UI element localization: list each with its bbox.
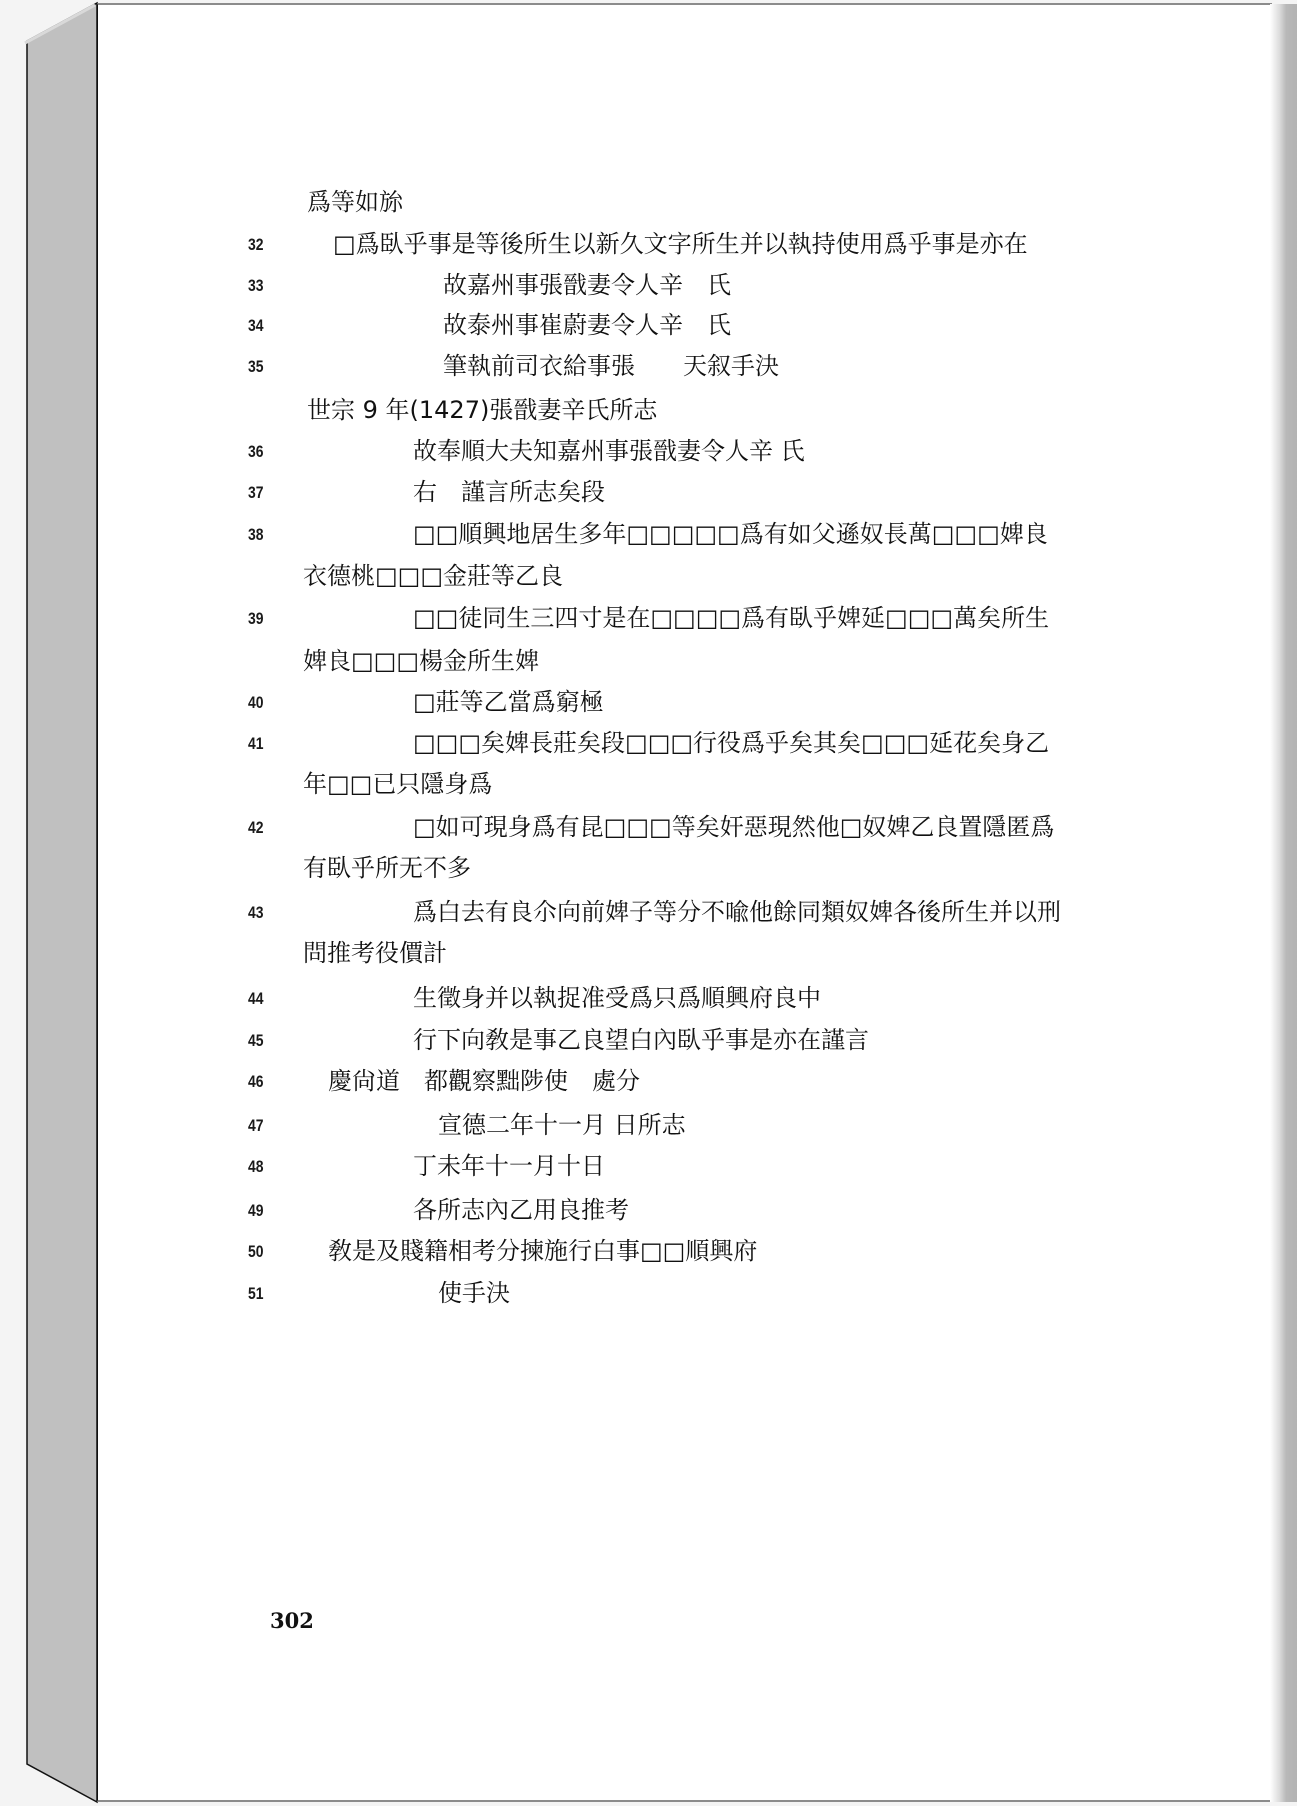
line-text: 爲等如旀 — [307, 184, 403, 220]
line-number: 49 — [248, 1201, 264, 1221]
line-number: 39 — [248, 609, 264, 629]
text-line: 51使手決 — [0, 1275, 1297, 1311]
line-number: 41 — [248, 734, 264, 754]
text-line: 44生徵身并以執捉准受爲只爲順興府良中 — [0, 980, 1297, 1016]
text-line: 43爲白去有良尒向前婢子等分不喩他餘同類奴婢各後所生并以刑 — [0, 894, 1297, 930]
line-number: 44 — [248, 989, 264, 1009]
line-number: 34 — [248, 316, 264, 336]
line-text: 各所志內乙用良推考 — [413, 1192, 629, 1228]
line-number: 37 — [248, 483, 264, 503]
text-line: 38□□順興地居生多年□□□□□爲有如父遜奴長萬□□□婢良 — [0, 516, 1297, 552]
line-number: 35 — [248, 357, 264, 377]
line-text: 故奉順大夫知嘉州事張戩妻令人辛 氏 — [413, 433, 805, 469]
page-number: 302 — [270, 1608, 314, 1633]
line-number: 32 — [248, 235, 264, 255]
text-line: 49各所志內乙用良推考 — [0, 1192, 1297, 1228]
line-text: □□□矣婢長莊矣段□□□行役爲乎矣其矣□□□延花矣身乙 — [413, 725, 1049, 761]
line-number: 40 — [248, 693, 264, 713]
text-line: 45行下向敎是事乙良望白內臥乎事是亦在謹言 — [0, 1022, 1297, 1058]
line-text: 敎是及賤籍相考分揀施行白事□□順興府 — [328, 1233, 757, 1269]
text-line: 有臥乎所无不多 — [0, 850, 1297, 886]
line-text: 問推考役價計 — [303, 935, 447, 971]
line-text: 故嘉州事張戩妻令人辛 氏 — [443, 267, 731, 303]
line-text: 右 謹言所志矣段 — [413, 474, 605, 510]
text-line: 37右 謹言所志矣段 — [0, 474, 1297, 510]
line-text: 故泰州事崔蔚妻令人辛 氏 — [443, 307, 731, 343]
text-line: 32□爲臥乎事是等後所生以新久文字所生并以執持使用爲乎事是亦在 — [0, 226, 1297, 262]
text-line: 46慶尙道 都觀察黜陟使 處分 — [0, 1063, 1297, 1099]
text-line: 40□莊等乙當爲窮極 — [0, 684, 1297, 720]
line-number: 46 — [248, 1072, 264, 1092]
text-line: 爲等如旀 — [0, 184, 1297, 220]
line-text: 行下向敎是事乙良望白內臥乎事是亦在謹言 — [413, 1022, 869, 1058]
text-line: 年□□已只隱身爲 — [0, 766, 1297, 802]
text-line: 世宗 9 年(1427)張戩妻辛氏所志 — [0, 392, 1297, 428]
line-number: 42 — [248, 818, 264, 838]
line-text: □莊等乙當爲窮極 — [413, 684, 604, 720]
text-line: 33故嘉州事張戩妻令人辛 氏 — [0, 267, 1297, 303]
text-line: 41□□□矣婢長莊矣段□□□行役爲乎矣其矣□□□延花矣身乙 — [0, 725, 1297, 761]
text-line: 35筆執前司衣給事張 天叙手決 — [0, 348, 1297, 384]
line-text: 使手決 — [438, 1275, 510, 1311]
line-number: 51 — [248, 1284, 264, 1304]
text-line: 問推考役價計 — [0, 935, 1297, 971]
text-line: 36故奉順大夫知嘉州事張戩妻令人辛 氏 — [0, 433, 1297, 469]
line-text: □□順興地居生多年□□□□□爲有如父遜奴長萬□□□婢良 — [413, 516, 1048, 552]
line-number: 43 — [248, 903, 264, 923]
line-text: 婢良□□□楊金所生婢 — [303, 643, 539, 679]
text-line: 42□如可現身爲有昆□□□等矣奸惡現然他□奴婢乙良置隱匿爲 — [0, 809, 1297, 845]
line-text: 慶尙道 都觀察黜陟使 處分 — [328, 1063, 640, 1099]
line-text: 衣德桃□□□金莊等乙良 — [303, 558, 563, 594]
line-text: □□徒同生三四寸是在□□□□爲有臥乎婢延□□□萬矣所生 — [413, 600, 1049, 636]
line-text: 有臥乎所无不多 — [303, 850, 471, 886]
text-line: 39□□徒同生三四寸是在□□□□爲有臥乎婢延□□□萬矣所生 — [0, 600, 1297, 636]
line-text: □爲臥乎事是等後所生以新久文字所生并以執持使用爲乎事是亦在 — [333, 226, 1028, 262]
line-number: 36 — [248, 442, 264, 462]
line-number: 47 — [248, 1116, 264, 1136]
line-text: 宣德二年十一月 日所志 — [438, 1107, 686, 1143]
text-line: 34故泰州事崔蔚妻令人辛 氏 — [0, 307, 1297, 343]
line-number: 33 — [248, 276, 264, 296]
line-text: 爲白去有良尒向前婢子等分不喩他餘同類奴婢各後所生并以刑 — [413, 894, 1061, 930]
line-text: □如可現身爲有昆□□□等矣奸惡現然他□奴婢乙良置隱匿爲 — [413, 809, 1054, 845]
line-number: 38 — [248, 525, 264, 545]
line-number: 45 — [248, 1031, 264, 1051]
line-text: 年□□已只隱身爲 — [303, 766, 492, 802]
line-number: 48 — [248, 1157, 264, 1177]
text-line: 婢良□□□楊金所生婢 — [0, 643, 1297, 679]
line-text: 丁未年十一月十日 — [413, 1148, 605, 1184]
line-text: 生徵身并以執捉准受爲只爲順興府良中 — [413, 980, 821, 1016]
text-line: 衣德桃□□□金莊等乙良 — [0, 558, 1297, 594]
text-line: 48丁未年十一月十日 — [0, 1148, 1297, 1184]
line-number: 50 — [248, 1242, 264, 1262]
text-line: 50敎是及賤籍相考分揀施行白事□□順興府 — [0, 1233, 1297, 1269]
text-line: 47宣德二年十一月 日所志 — [0, 1107, 1297, 1143]
line-text: 世宗 9 年(1427)張戩妻辛氏所志 — [307, 392, 657, 428]
line-text: 筆執前司衣給事張 天叙手決 — [443, 348, 779, 384]
